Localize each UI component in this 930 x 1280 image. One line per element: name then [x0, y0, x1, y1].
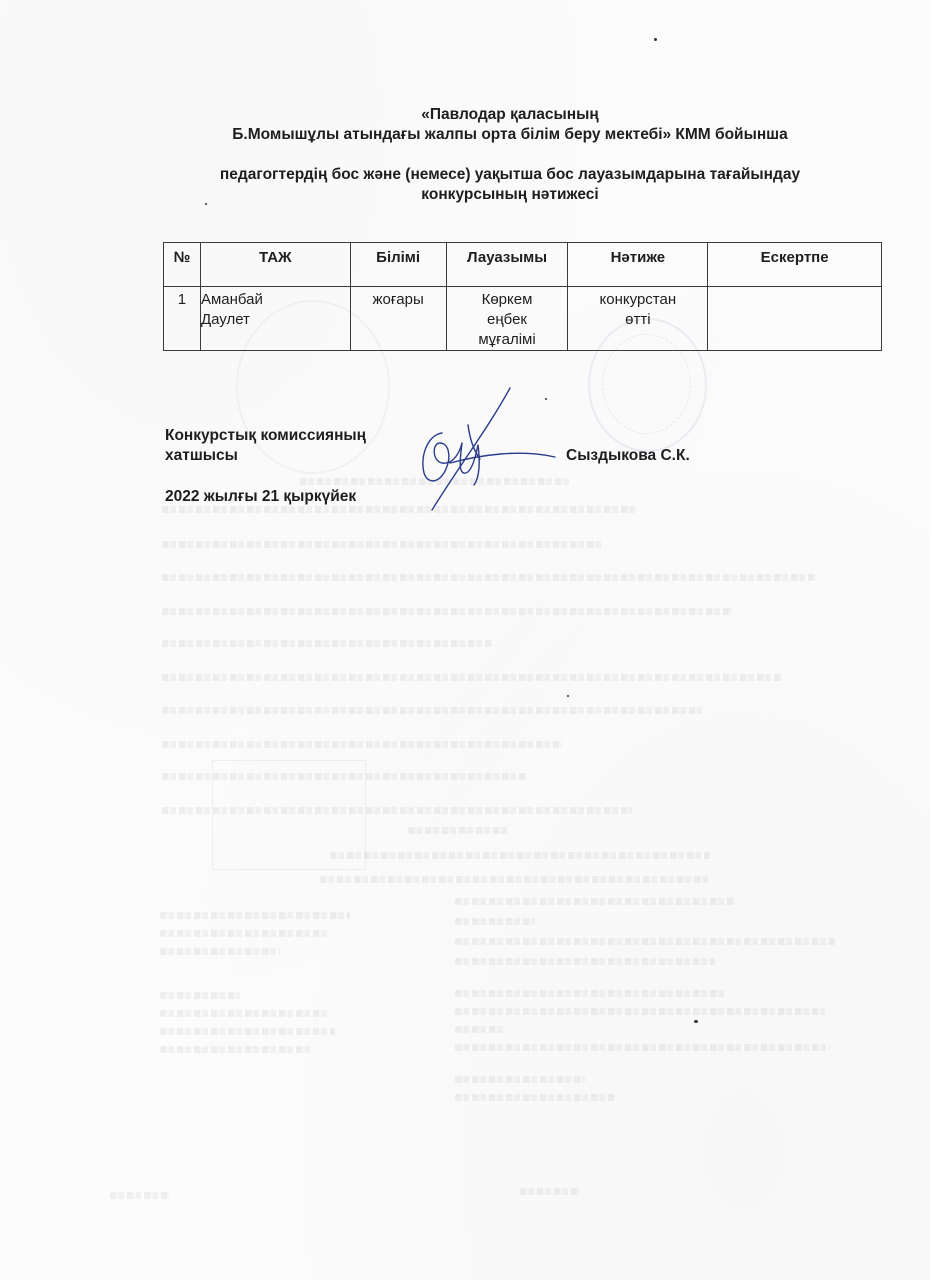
- role-line: Конкурстық комиссияның: [165, 426, 366, 446]
- cell-note: [708, 287, 882, 351]
- position-line: еңбек: [447, 310, 568, 330]
- title-line: «Павлодар қаласының: [150, 105, 870, 125]
- document-subtitle: педагогтердің бос және (немесе) уақытша …: [150, 165, 870, 205]
- result-line: өтті: [568, 310, 707, 330]
- column-header-full-name: ТАЖ: [200, 243, 350, 287]
- name-line: Даулет: [201, 310, 350, 330]
- role-line: хатшысы: [165, 446, 366, 466]
- document-date: 2022 жылғы 21 қыркүйек: [165, 487, 356, 507]
- scanned-document-page: «Павлодар қаласының Б.Момышұлы атындағы …: [0, 0, 930, 1280]
- column-header-note: Ескертпе: [708, 243, 882, 287]
- document-title: «Павлодар қаласының Б.Момышұлы атындағы …: [150, 105, 870, 145]
- subtitle-line: педагогтердің бос және (немесе) уақытша …: [150, 165, 870, 185]
- scan-speck: [567, 695, 569, 697]
- cell-full-name: Аманбай Даулет: [200, 287, 350, 351]
- position-line: мұғалімі: [447, 330, 568, 350]
- secretary-name: Сыздыкова С.К.: [566, 446, 690, 466]
- column-header-number: №: [164, 243, 201, 287]
- cell-position: Көркем еңбек мұғалімі: [446, 287, 568, 351]
- secretary-role-label: Конкурстық комиссияның хатшысы: [165, 426, 366, 466]
- subtitle-line: конкурсының нәтижесі: [150, 185, 870, 205]
- cell-number: 1: [164, 287, 201, 351]
- results-table: № ТАЖ Білімі Лауазымы Нәтиже Ескертпе 1 …: [163, 242, 882, 351]
- table-header-row: № ТАЖ Білімі Лауазымы Нәтиже Ескертпе: [164, 243, 882, 287]
- handwritten-signature: [410, 385, 560, 515]
- scan-speck: [694, 1020, 698, 1023]
- scan-speck: [654, 38, 657, 41]
- position-line: Көркем: [447, 290, 568, 310]
- column-header-education: Білімі: [350, 243, 446, 287]
- cell-result: конкурстан өтті: [568, 287, 708, 351]
- column-header-position: Лауазымы: [446, 243, 568, 287]
- result-line: конкурстан: [568, 290, 707, 310]
- cell-education: жоғары: [350, 287, 446, 351]
- column-header-result: Нәтиже: [568, 243, 708, 287]
- name-line: Аманбай: [201, 290, 350, 310]
- title-line: Б.Момышұлы атындағы жалпы орта білім бер…: [150, 125, 870, 145]
- table-row: 1 Аманбай Даулет жоғары Көркем еңбек мұғ…: [164, 287, 882, 351]
